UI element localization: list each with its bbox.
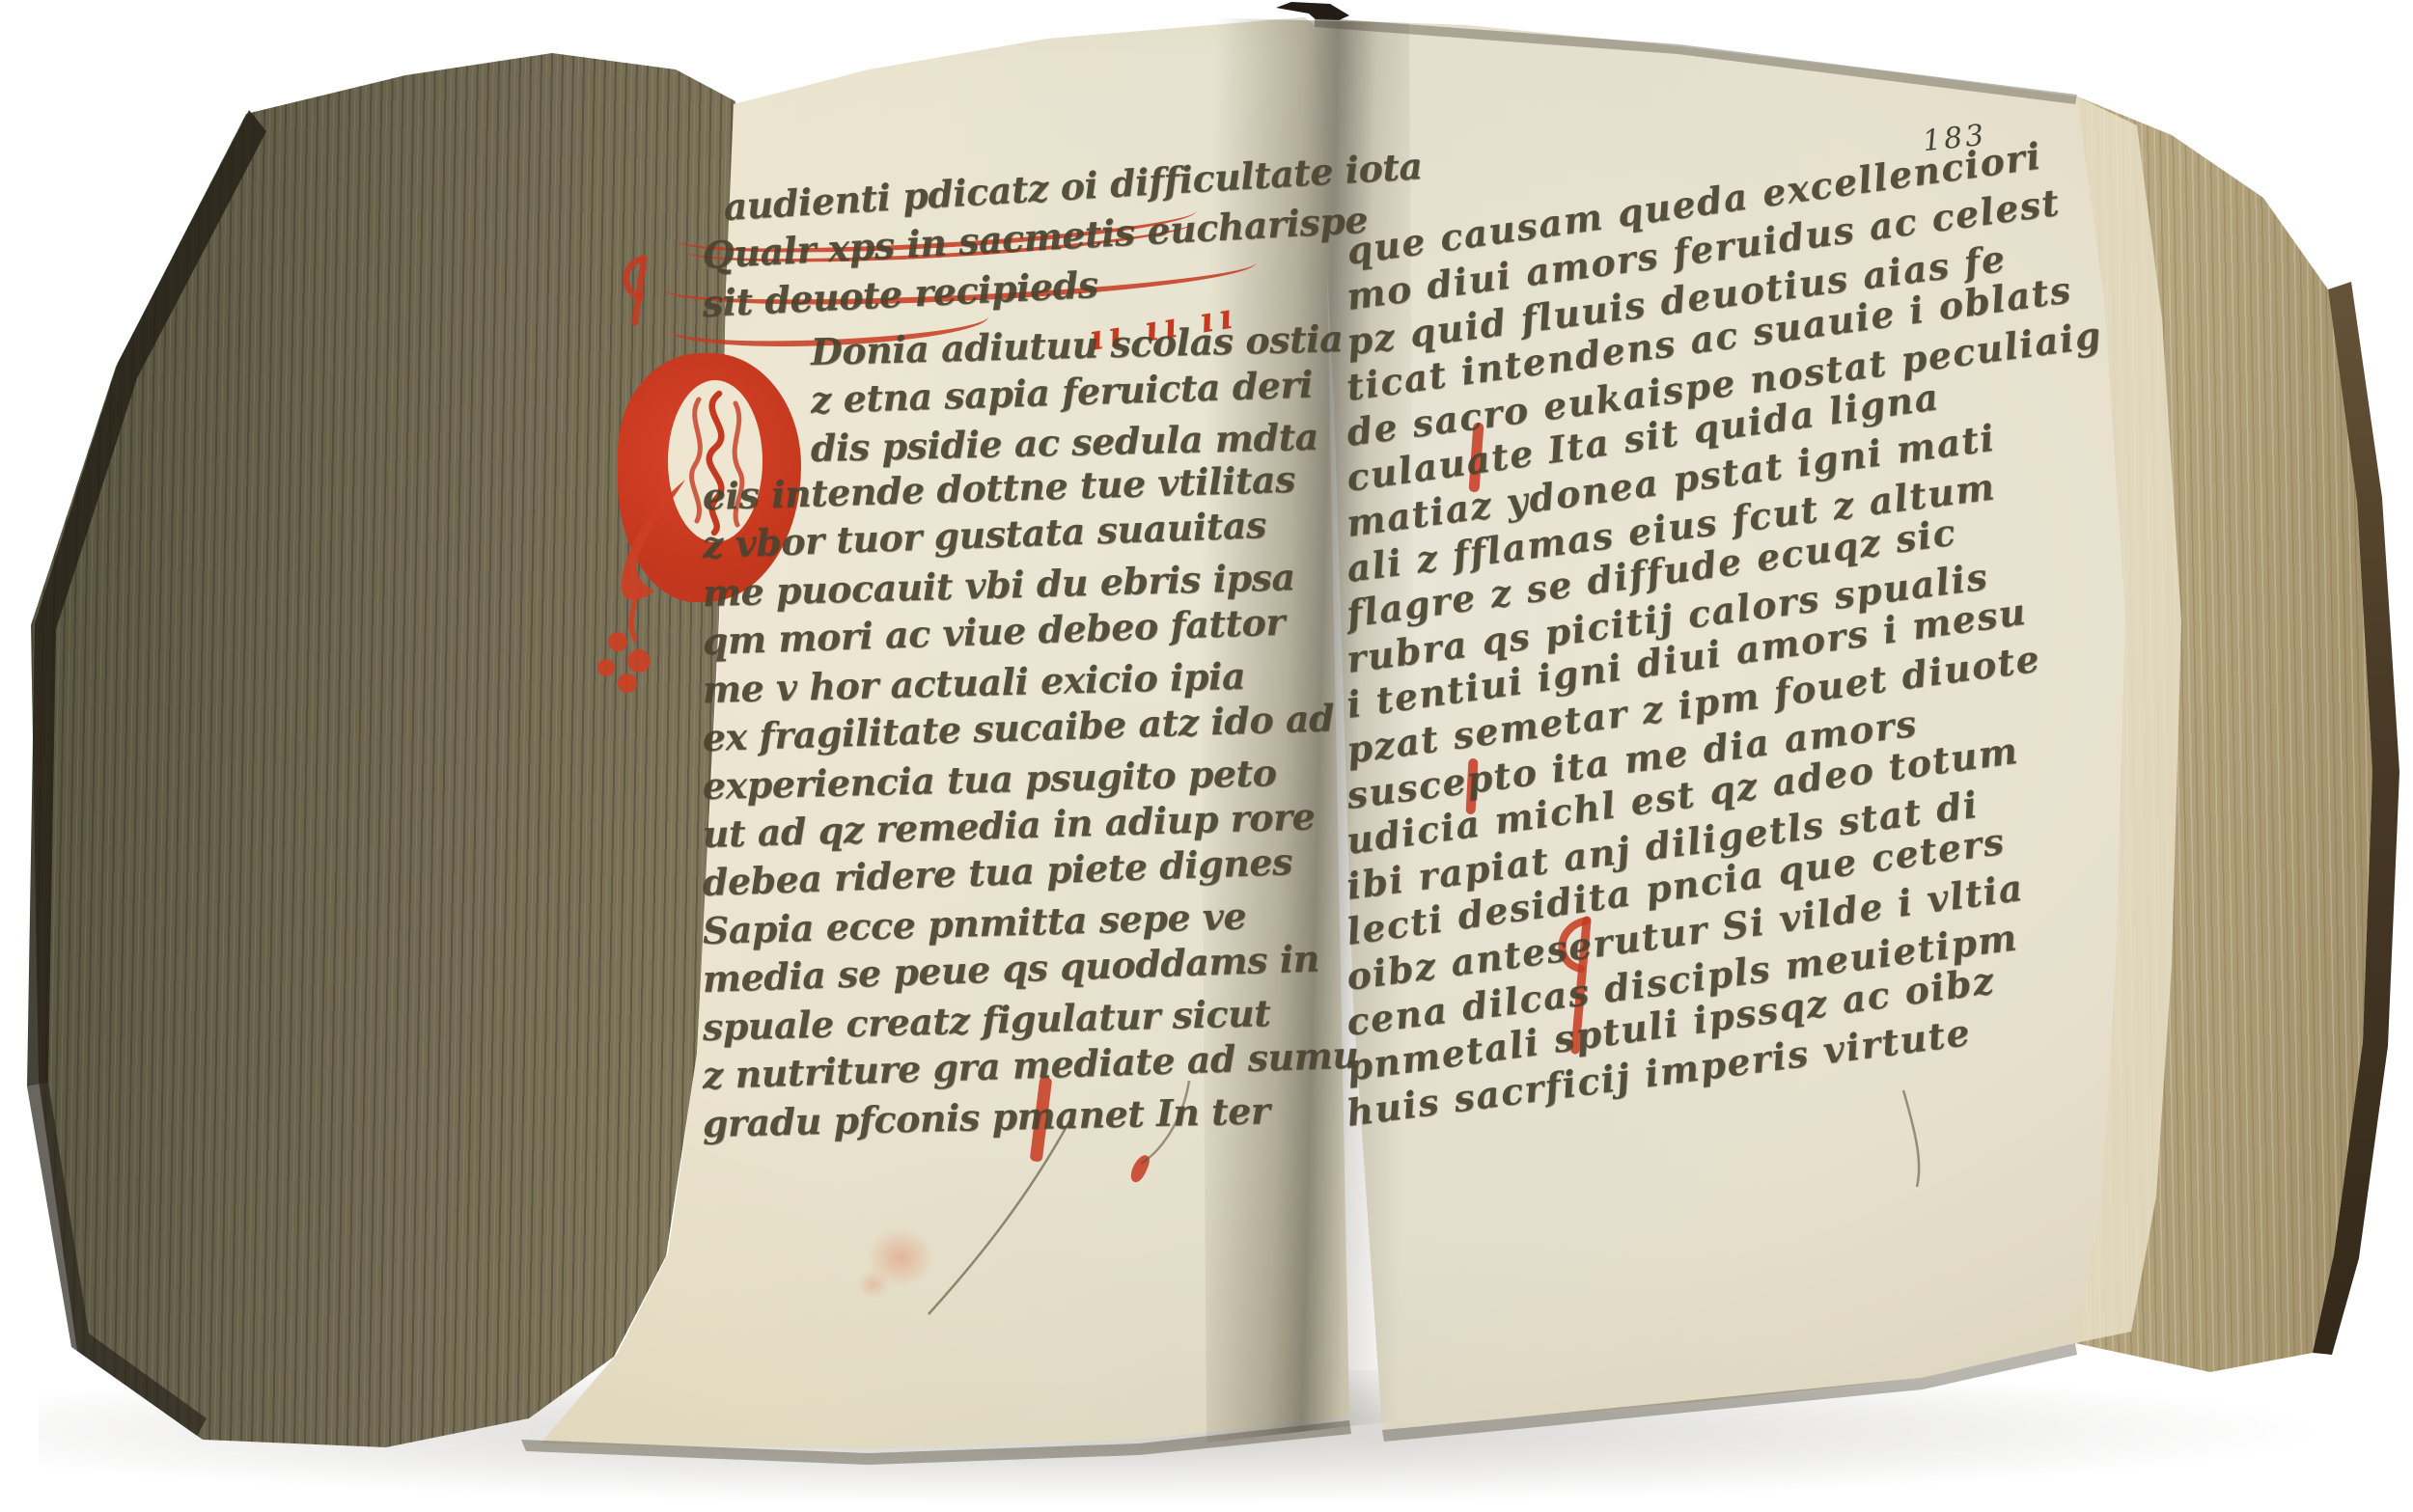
red-flourish-tail-icon [577,478,712,704]
red-paraph-icon [618,253,660,328]
left-page-text: audienti pdicatz oi difficultate iotaQua… [703,183,1320,1148]
pink-ink-stain-small [857,1270,890,1299]
right-page-text: que causam queda excellenciorimo diui am… [1347,229,2052,1136]
manuscript-photo: 183 ıı ıı ıı [0,0,2413,1512]
